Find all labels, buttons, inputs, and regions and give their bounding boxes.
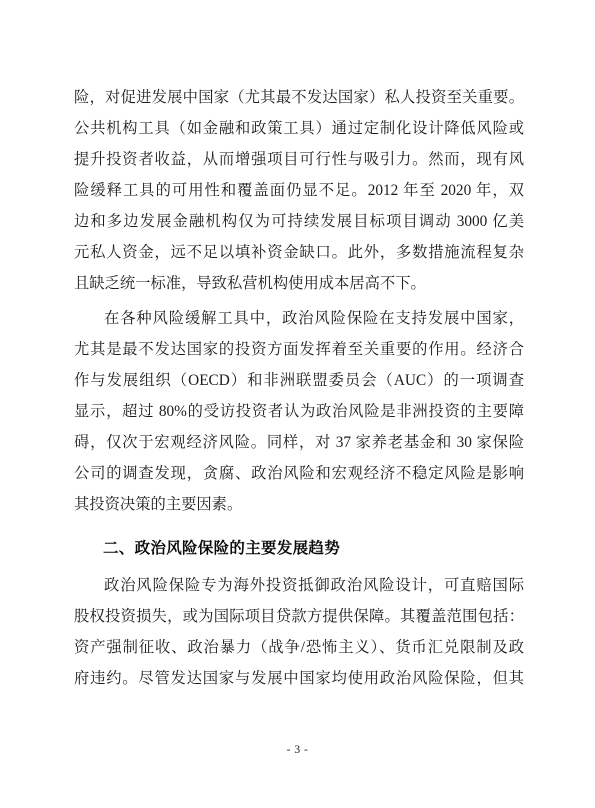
paragraph-line: 在各种风险缓解工具中，政治风险保险在支持发展中国家， <box>74 303 524 334</box>
paragraph-line: 作与发展组织（OECD）和非洲联盟委员会（AUC）的一项调查 <box>74 365 524 396</box>
paragraph-line: 尤其是最不发达国家的投资方面发挥着至关重要的作用。经济合 <box>74 334 524 365</box>
paragraph-line: 府违约。尽管发达国家与发展中国家均使用政治风险保险，但其 <box>74 663 524 694</box>
paragraph-line: 且缺乏统一标准，导致私营机构使用成本居高不下。 <box>74 268 524 299</box>
paragraph-line: 碍，仅次于宏观经济风险。同样，对 37 家养老基金和 30 家保险 <box>74 427 524 458</box>
paragraph-line: 提升投资者收益，从而增强项目可行性与吸引力。然而，现有风 <box>74 144 524 175</box>
document-page: 险，对促进发展中国家（尤其最不发达国家）私人投资至关重要。 公共机构工具（如金融… <box>0 0 595 808</box>
paragraph-line: 其投资决策的主要因素。 <box>74 489 524 520</box>
paragraph-3: 政治风险保险专为海外投资抵御政治风险设计，可直赔国际 股权投资损失，或为国际项目… <box>74 570 524 694</box>
paragraph-line: 元私人资金，远不足以填补资金缺口。此外，多数措施流程复杂 <box>74 237 524 268</box>
page-number: - 3 - <box>0 744 595 756</box>
paragraph-line: 显示，超过 80%的受访投资者认为政治风险是非洲投资的主要障 <box>74 396 524 427</box>
paragraph-line: 政治风险保险专为海外投资抵御政治风险设计，可直赔国际 <box>74 570 524 601</box>
paragraph-line: 公司的调查发现，贪腐、政治风险和宏观经济不稳定风险是影响 <box>74 458 524 489</box>
paragraph-line: 险，对促进发展中国家（尤其最不发达国家）私人投资至关重要。 <box>74 82 524 113</box>
paragraph-line: 资产强制征收、政治暴力（战争/恐怖主义）、货币汇兑限制及政 <box>74 632 524 663</box>
paragraph-line: 公共机构工具（如金融和政策工具）通过定制化设计降低风险或 <box>74 113 524 144</box>
paragraph-line: 股权投资损失，或为国际项目贷款方提供保障。其覆盖范围包括： <box>74 601 524 632</box>
paragraph-1: 险，对促进发展中国家（尤其最不发达国家）私人投资至关重要。 公共机构工具（如金融… <box>74 82 524 299</box>
paragraph-2: 在各种风险缓解工具中，政治风险保险在支持发展中国家， 尤其是最不发达国家的投资方… <box>74 303 524 520</box>
paragraph-line: 边和多边发展金融机构仅为可持续发展目标项目调动 3000 亿美 <box>74 206 524 237</box>
section-heading: 二、政治风险保险的主要发展趋势 <box>74 533 524 564</box>
paragraph-line: 险缓释工具的可用性和覆盖面仍显不足。2012 年至 2020 年，双 <box>74 175 524 206</box>
body-text: 险，对促进发展中国家（尤其最不发达国家）私人投资至关重要。 公共机构工具（如金融… <box>74 82 524 694</box>
